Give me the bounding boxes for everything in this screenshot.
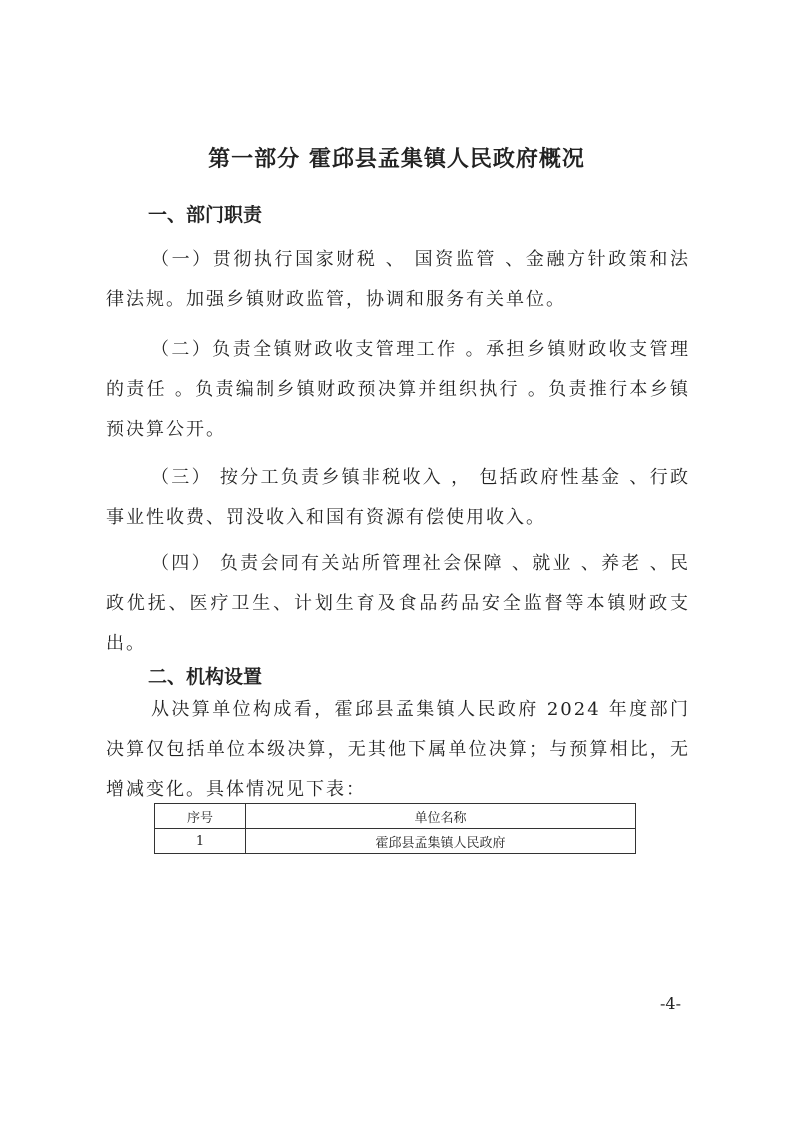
table-header-row: 序号 单位名称 <box>155 804 636 829</box>
header-unit-name: 单位名称 <box>246 804 636 829</box>
section-heading-duties: 一、部门职责 <box>148 200 262 227</box>
duty-paragraph-1: （一）贯彻执行国家财税 、 国资监管 、金融方针政策和法律法规。加强乡镇财政监管… <box>106 240 690 320</box>
table-row: 1 霍邱县孟集镇人民政府 <box>155 829 636 854</box>
units-table: 序号 单位名称 1 霍邱县孟集镇人民政府 <box>154 803 636 854</box>
header-index: 序号 <box>155 804 246 829</box>
cell-index: 1 <box>155 829 246 854</box>
duty-paragraph-3: （三） 按分工负责乡镇非税收入 ， 包括政府性基金 、行政事业性收费、罚没收入和… <box>106 458 690 538</box>
cell-unit-name: 霍邱县孟集镇人民政府 <box>246 829 636 854</box>
duty-paragraph-4: （四） 负责会同有关站所管理社会保障 、就业 、养老 、民政优抚、医疗卫生、计划… <box>106 544 690 664</box>
page-number: -4- <box>660 994 681 1013</box>
duty-paragraph-2: （二）负责全镇财政收支管理工作 。承担乡镇财政收支管理的责任 。负责编制乡镇财政… <box>106 330 690 450</box>
structure-paragraph: 从决算单位构成看，霍邱县孟集镇人民政府 2024 年度部门决算仅包括单位本级决算… <box>106 690 690 810</box>
section-heading-structure: 二、机构设置 <box>148 662 262 689</box>
page-title: 第一部分 霍邱县孟集镇人民政府概况 <box>0 142 793 173</box>
